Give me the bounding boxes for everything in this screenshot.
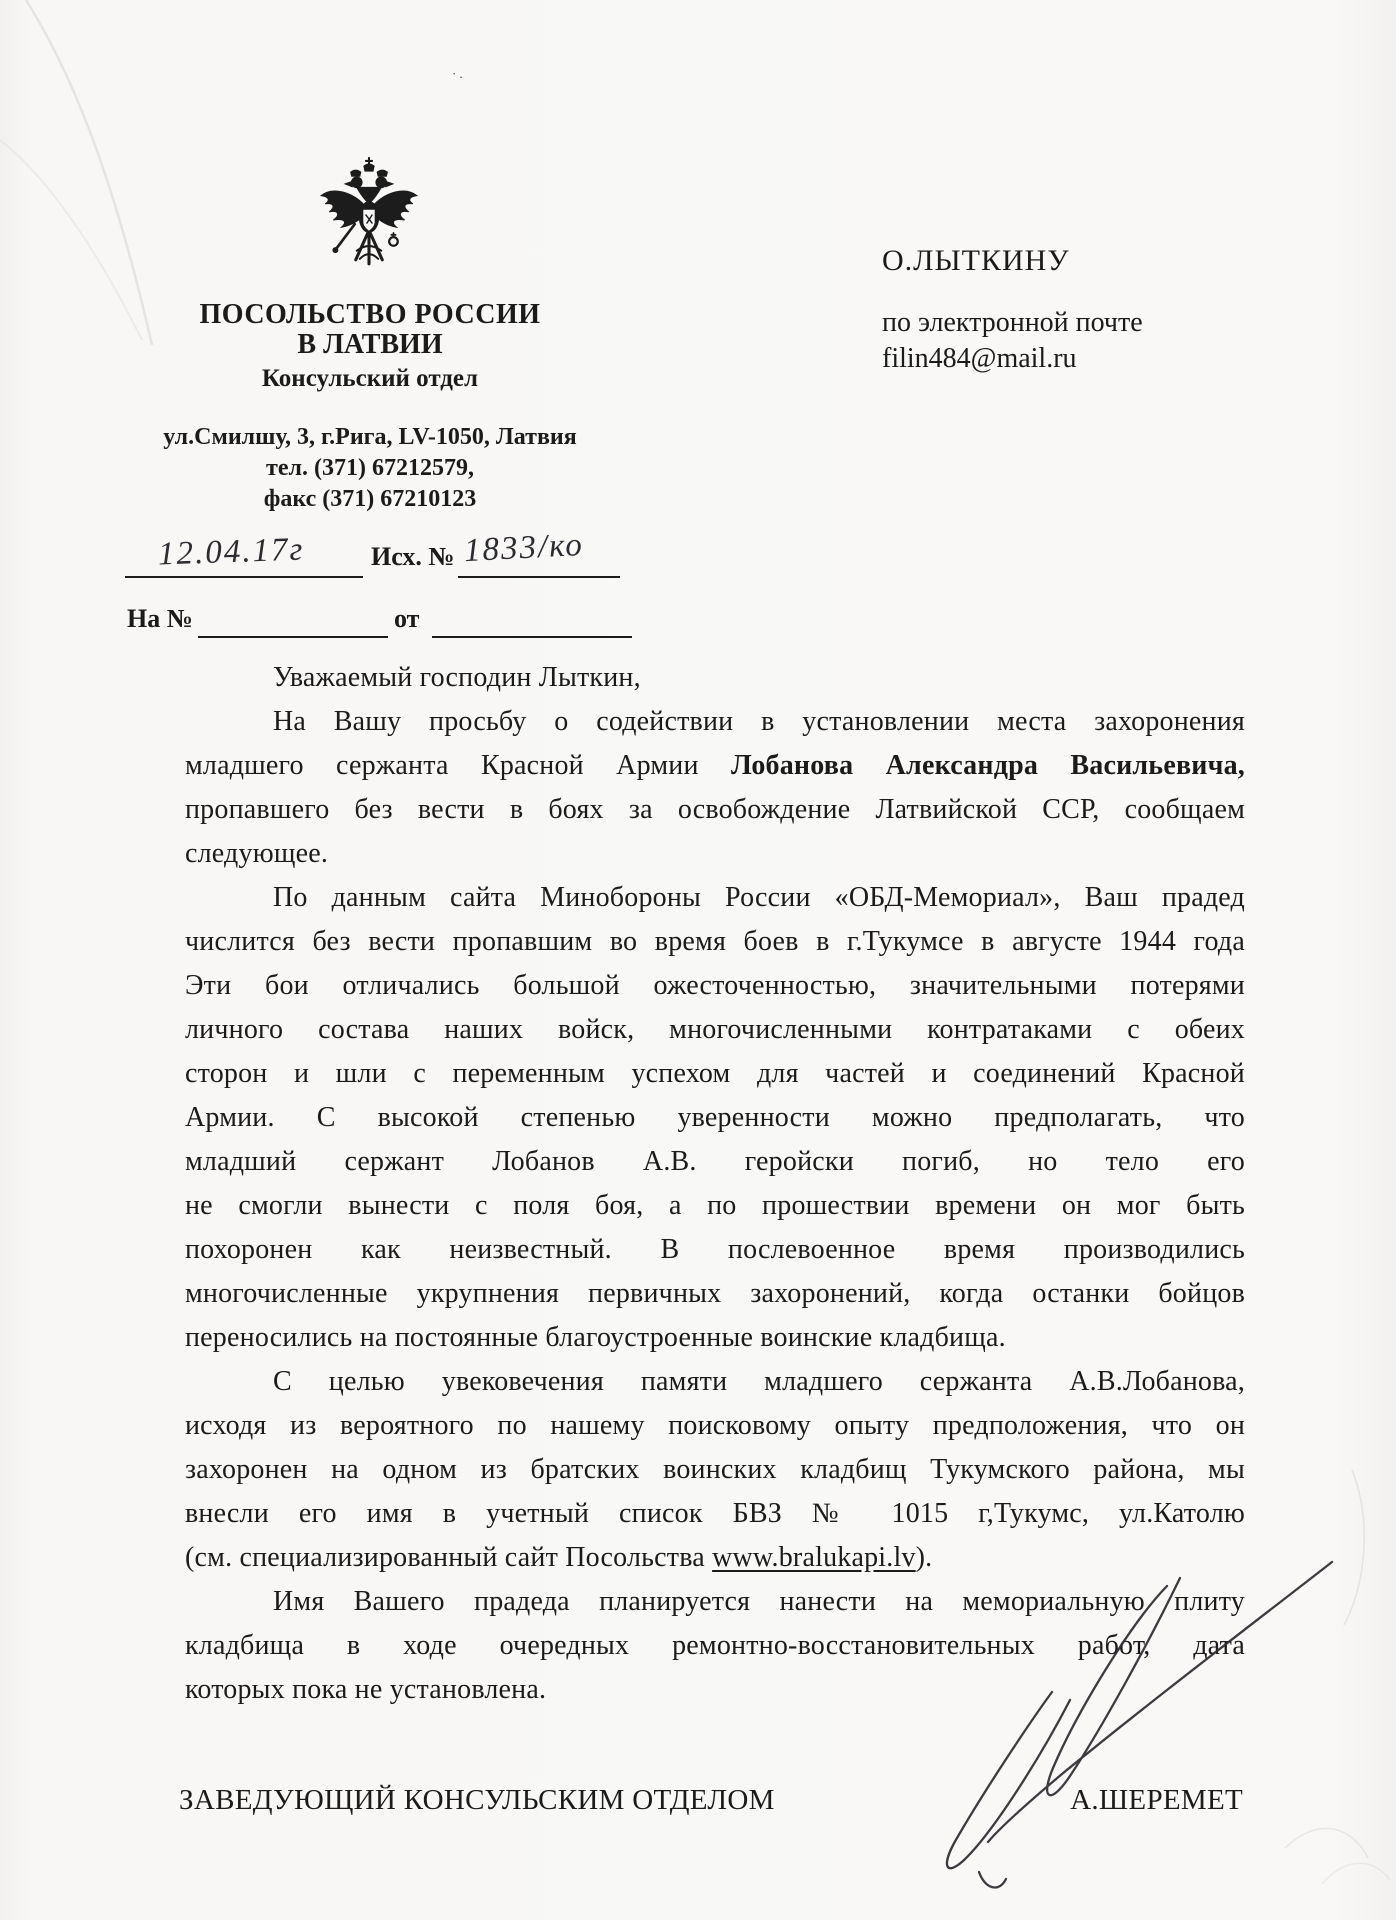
scanned-letter-page: ·. <box>0 0 1396 1920</box>
body-line: младшего сержанта Красной Армии Лобанова… <box>185 744 1245 788</box>
body-line: захоронен на одном из братских воинских … <box>185 1448 1245 1492</box>
scan-speck-mark: ·. <box>452 66 466 82</box>
org-name-line1: ПОСОЛЬСТВО РОССИИ <box>170 300 570 330</box>
delivery-method: по электронной почте <box>882 305 1302 341</box>
body-line: младший сержант Лобанов А.В. геройски по… <box>185 1140 1245 1184</box>
org-address: ул.Смилшу, 3, г.Рига, LV-1050, Латвия <box>110 422 630 453</box>
recipient-block: О.ЛЫТКИНУ по электронной почте filin484@… <box>882 244 1302 377</box>
body-line: (см. специализированный сайт Посольства … <box>185 1536 1245 1580</box>
body-line: Имя Вашего прадеда планируется нанести н… <box>185 1580 1245 1624</box>
body-line: С целью увековечения памяти младшего сер… <box>185 1360 1245 1404</box>
body-line: не смогли вынести с поля боя, а по проше… <box>185 1184 1245 1228</box>
embassy-website-url: www.bralukapi.lv <box>712 1542 916 1573</box>
letter-body: Уважаемый господин Лыткин, На Вашу прось… <box>185 656 1245 1712</box>
body-line: сторон и шли с переменным успехом для ча… <box>185 1052 1245 1096</box>
body-line: пропавшего без вести в боях за освобожде… <box>185 788 1245 832</box>
recipient-email: filin484@mail.ru <box>882 341 1302 377</box>
body-line: переносились на постоянные благоустроенн… <box>185 1316 1245 1360</box>
org-department: Консульский отдел <box>170 365 570 393</box>
org-phone: тел. (371) 67212579, <box>110 453 630 484</box>
bolded-soldier-name: Лобанова Александра Васильевича, <box>731 750 1245 781</box>
handwritten-date: 12.04.17г <box>157 531 305 573</box>
body-line: Армии. С высокой степенью уверенности мо… <box>185 1096 1245 1140</box>
org-fax: факс (371) 67210123 <box>110 484 630 515</box>
body-line: внесли его имя в учетный список БВЗ № 10… <box>185 1492 1245 1536</box>
handwritten-outgoing-number: 1833/ко <box>463 527 585 570</box>
signer-name: А.ШЕРЕМЕТ <box>1070 1784 1243 1817</box>
body-line: По данным сайта Минобороны России «ОБД-М… <box>185 876 1245 920</box>
body-line: личного состава наших войск, многочислен… <box>185 1008 1245 1052</box>
body-line: кладбища в ходе очередных ремонтно-восст… <box>185 1624 1245 1668</box>
signer-position-title: ЗАВЕДУЮЩИЙ КОНСУЛЬСКИМ ОТДЕЛОМ <box>179 1784 775 1817</box>
from-date-label: от <box>394 604 419 634</box>
incoming-number-underline <box>198 598 388 638</box>
body-line: похоронен как неизвестный. В послевоенно… <box>185 1228 1245 1272</box>
russia-coat-of-arms-icon <box>316 156 422 278</box>
body-line: числится без вести пропавшим во время бо… <box>185 920 1245 964</box>
body-line: многочисленные укрупнения первичных захо… <box>185 1272 1245 1316</box>
from-date-underline <box>432 598 632 638</box>
letterhead-org-block: ПОСОЛЬСТВО РОССИИ В ЛАТВИИ Консульский о… <box>170 300 570 393</box>
body-line: которых пока не установлена. <box>185 1668 1245 1712</box>
body-line: Эти бои отличались большой ожесточенност… <box>185 964 1245 1008</box>
recipient-name: О.ЛЫТКИНУ <box>882 244 1302 278</box>
incoming-number-label: На № <box>127 604 193 634</box>
signature-row: ЗАВЕДУЮЩИЙ КОНСУЛЬСКИМ ОТДЕЛОМ А.ШЕРЕМЕТ <box>179 1784 1243 1817</box>
body-line: исходя из вероятного по нашему поисковом… <box>185 1404 1245 1448</box>
body-line: следующее. <box>185 832 1245 876</box>
outgoing-number-label: Исх. № <box>371 542 455 572</box>
body-line: На Вашу просьбу о содействии в установле… <box>185 700 1245 744</box>
letterhead-contact-block: ул.Смилшу, 3, г.Рига, LV-1050, Латвия те… <box>110 422 630 515</box>
body-line: Уважаемый господин Лыткин, <box>185 656 1245 700</box>
org-name-line2: В ЛАТВИИ <box>170 330 570 360</box>
